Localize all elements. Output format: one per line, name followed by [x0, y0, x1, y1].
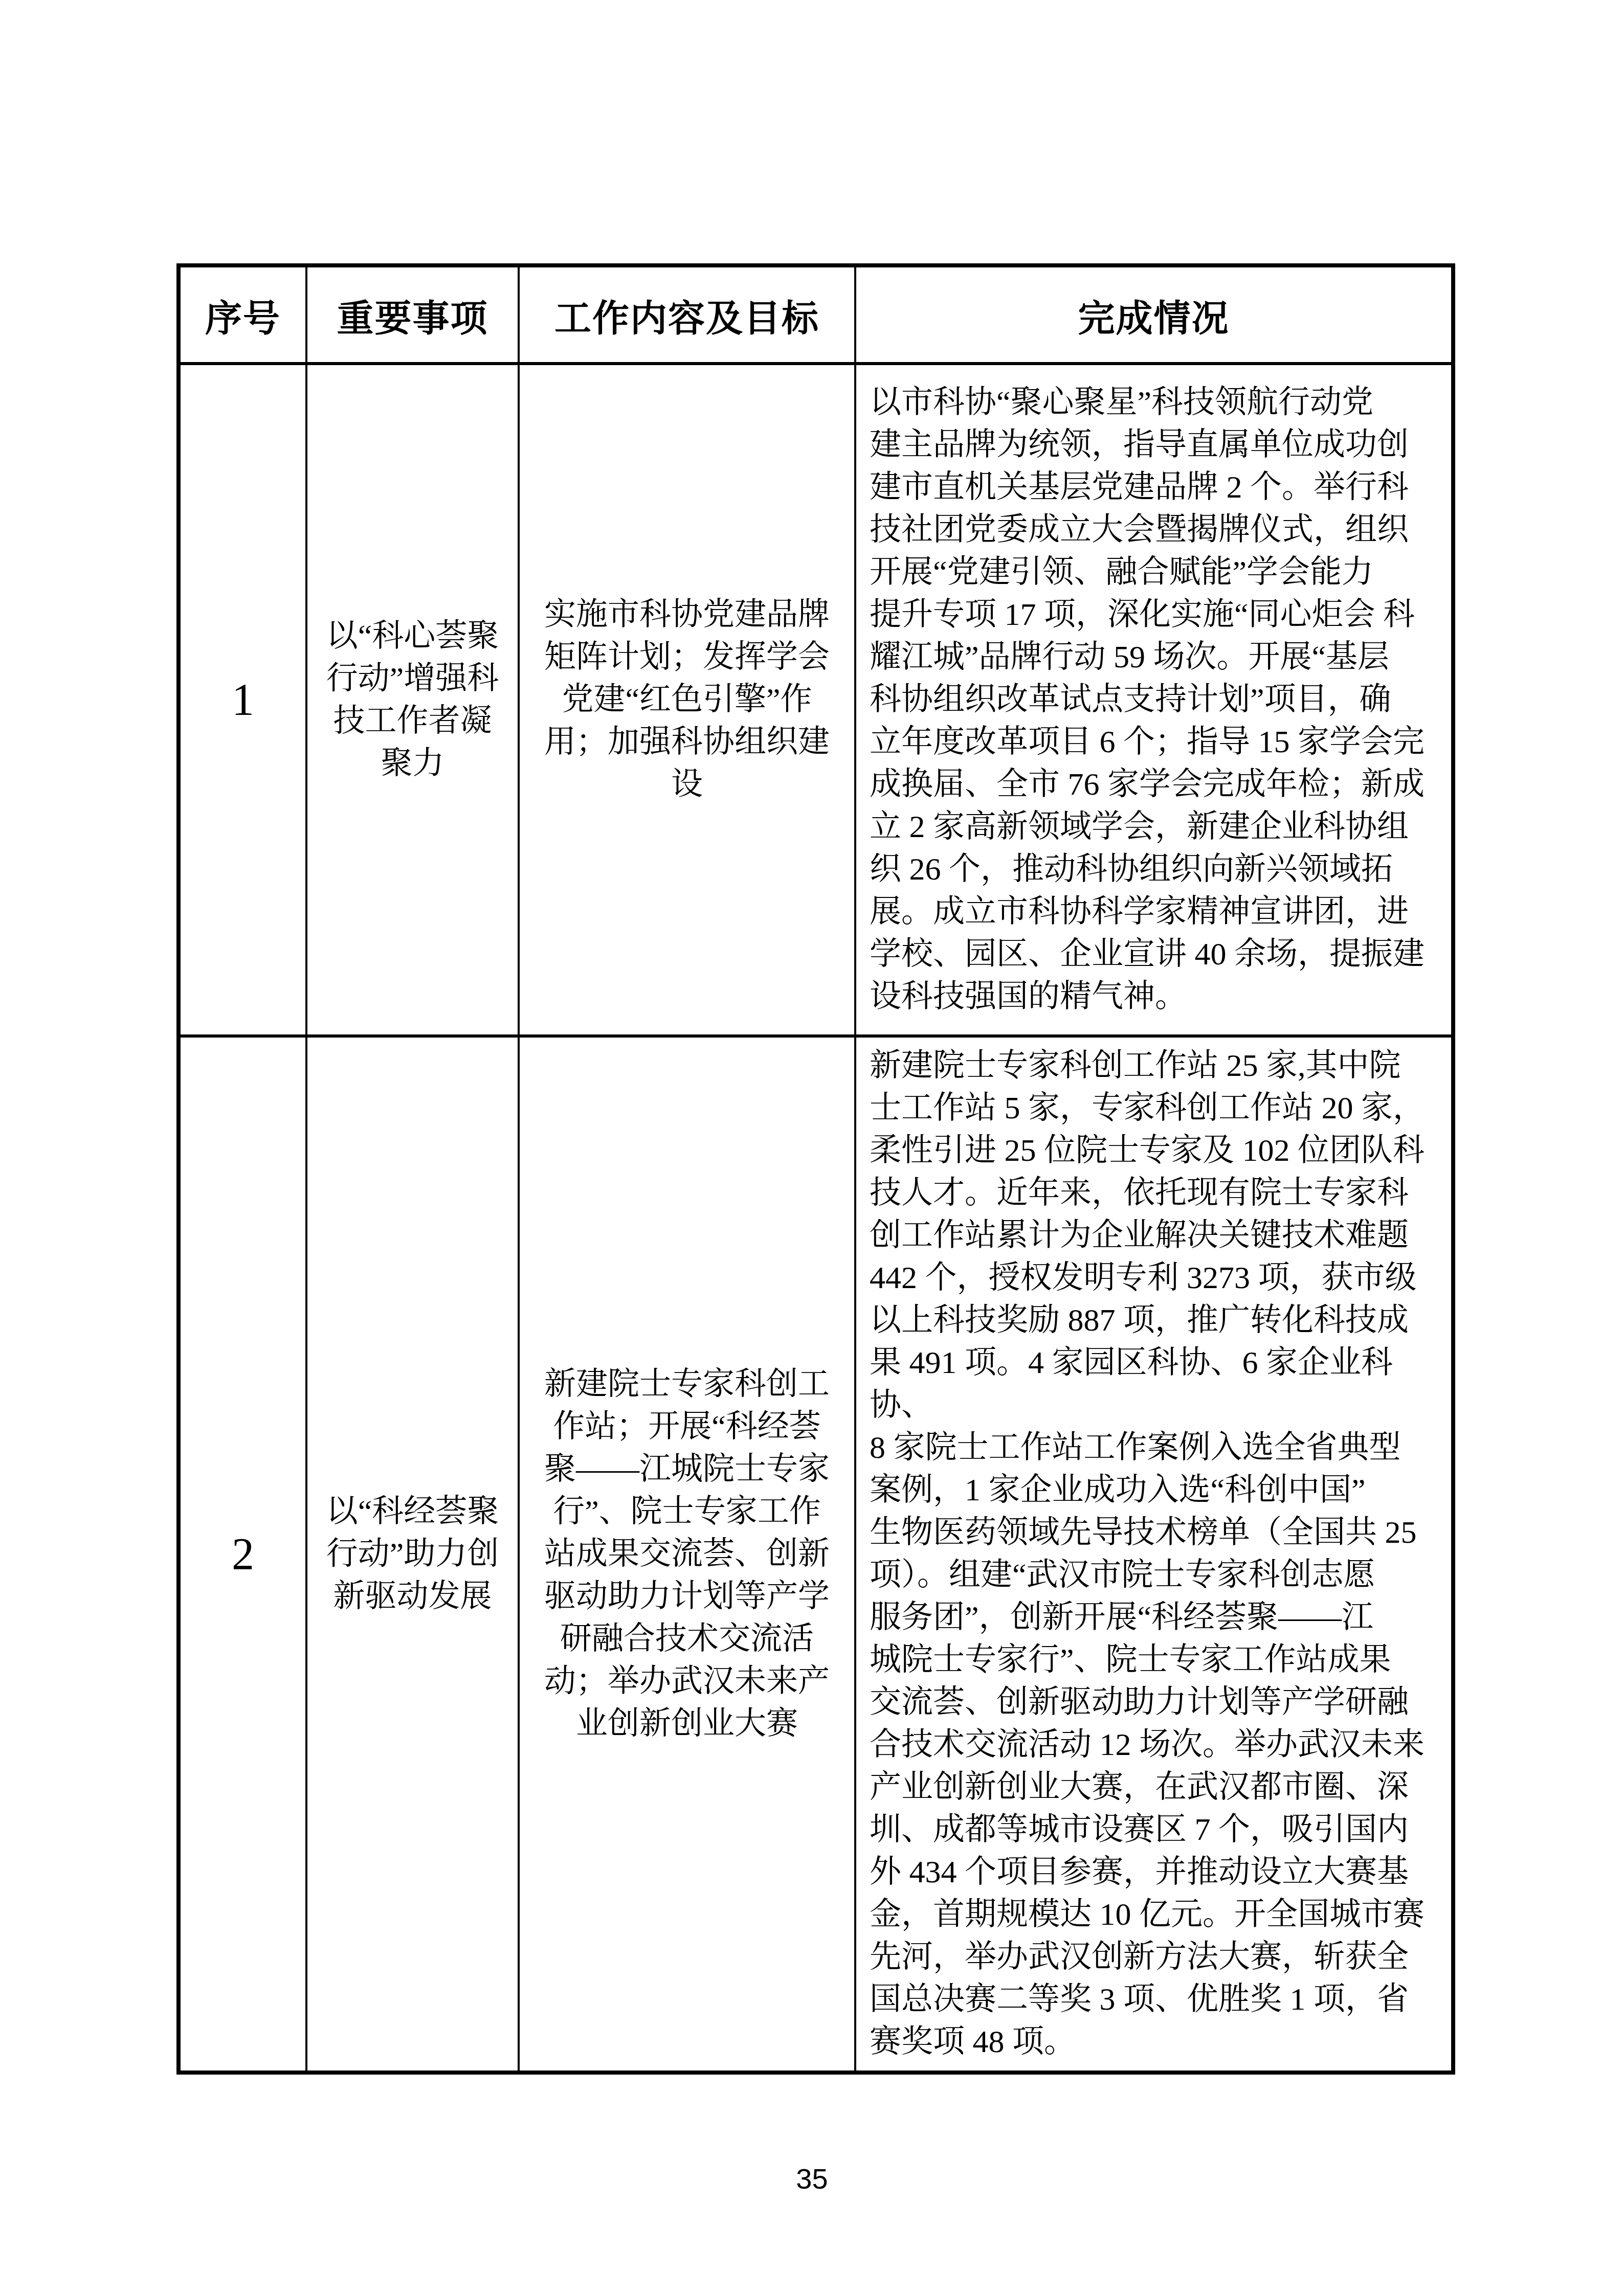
row-1-index-cell: 1: [179, 364, 306, 1036]
header-cell-matter: 重要事项: [306, 265, 519, 364]
header-cell-completion: 完成情况: [855, 265, 1453, 364]
row-1-completion-cell: 以市科协“聚心聚星”科技领航行动党 建主品牌为统领，指导直属单位成功创 建市直机…: [855, 364, 1453, 1036]
header-cell-content-target: 工作内容及目标: [519, 265, 855, 364]
row-2-completion-cell: 新建院士专家科创工作站 25 家,其中院 士工作站 5 家，专家科创工作站 20…: [855, 1036, 1453, 2073]
document-page: { "page": { "number": "35" }, "table": {…: [0, 0, 1624, 2296]
row-1-content-target-cell: 实施市科协党建品牌 矩阵计划；发挥学会 党建“红色引擎”作 用；加强科协组织建 …: [519, 364, 855, 1036]
row-1-matter-cell: 以“科心荟聚 行动”增强科 技工作者凝 聚力: [306, 364, 519, 1036]
page-number: 35: [0, 2162, 1624, 2195]
row-2-content-target-cell: 新建院士专家科创工 作站；开展“科经荟 聚——江城院士专家 行”、院士专家工作 …: [519, 1036, 855, 2073]
table-row-2: 2 以“科经荟聚 行动”助力创 新驱动发展 新建院士专家科创工 作站；开展“科经…: [179, 1036, 1453, 2073]
table-header-row: 序号 重要事项 工作内容及目标 完成情况: [179, 265, 1453, 364]
row-2-index-cell: 2: [179, 1036, 306, 2073]
header-cell-index: 序号: [179, 265, 306, 364]
work-report-table: 序号 重要事项 工作内容及目标 完成情况 1 以“科心荟聚 行动”增强科 技工作…: [176, 263, 1455, 2075]
table-row-1: 1 以“科心荟聚 行动”增强科 技工作者凝 聚力 实施市科协党建品牌 矩阵计划；…: [179, 364, 1453, 1036]
row-2-matter-cell: 以“科经荟聚 行动”助力创 新驱动发展: [306, 1036, 519, 2073]
